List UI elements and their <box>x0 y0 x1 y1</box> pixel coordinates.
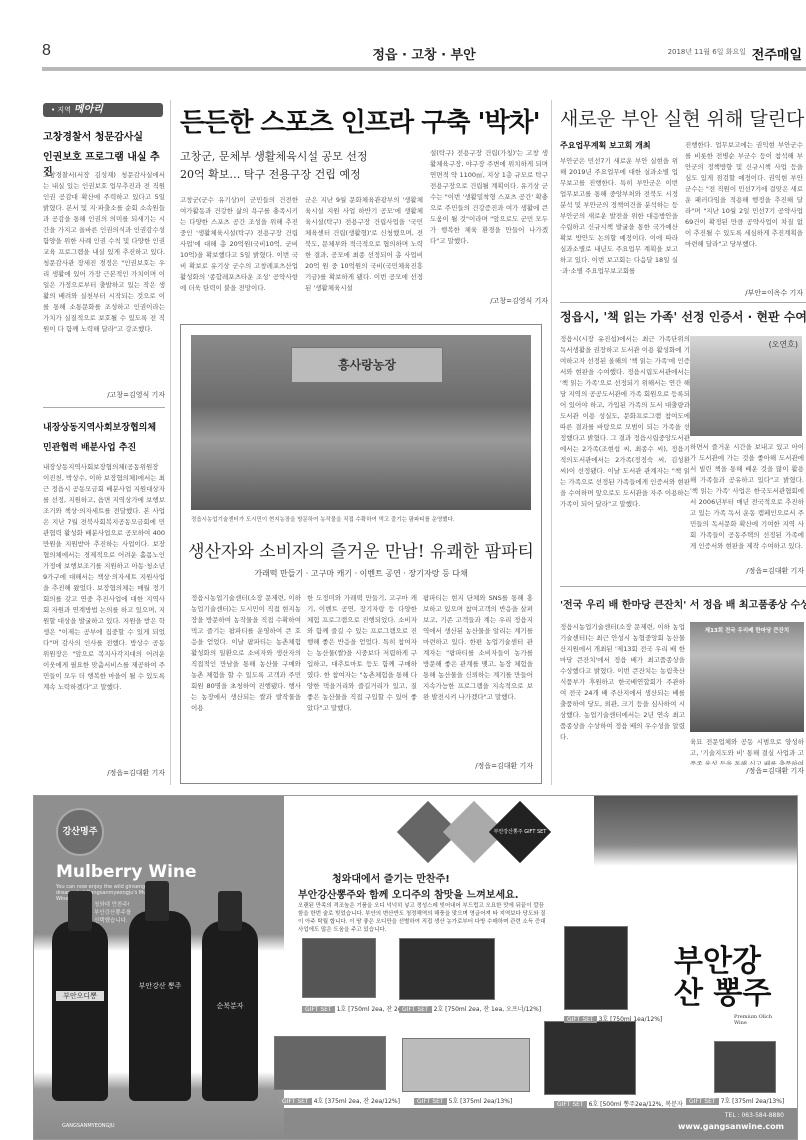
article-body: 내장상동지역사회보장협의체(공동위원장 이진천, 박상수, 이하 보장협의체)에… <box>43 462 165 762</box>
premium-text: Premium Olich Wine <box>734 1014 784 1026</box>
newspaper-name: 전주매일 <box>752 44 802 63</box>
article-body: 정읍시농업기술센터(소장 문제련, 이하 농업기술센터)는 최근 안성시 농협중… <box>560 622 685 782</box>
gift-set-4-image <box>274 1036 386 1090</box>
article-headline: 정읍시, '책 읽는 가족' 선정 인증서 · 현판 수여 <box>560 308 806 325</box>
divider <box>560 586 806 587</box>
region-echo-label: • 지역메아리 <box>43 103 163 117</box>
article-body: 정읍시농업기술센터(소장 문제련, 이하 농업기술센터)는 도시민이 직접 현지… <box>191 593 301 763</box>
column-divider <box>551 100 552 785</box>
feature-subhead: 가래떡 만들기 · 고구마 캐기 · 이벤트 공연 · 장기자랑 등 다채 <box>181 568 541 579</box>
main-subhead: 고창군, 문체부 생활체육시설 공모 선정 <box>180 148 380 164</box>
gift-set-3-image <box>564 926 628 1010</box>
gift-set-caption: GIFT SET5호 [375ml 2ea/13%] <box>414 1096 512 1105</box>
article-body: 설(탁구) 전용구장 건립(가칭)'는 고창 생활체육구장, 야구장 주변에 위… <box>430 148 548 293</box>
gift-set-caption: GIFT SET7호 [375ml 2ea/13%] <box>686 1096 784 1105</box>
bottle-odi: 부안오디뽕 <box>52 921 108 1101</box>
article-body: 부안군은 민선7기 새로운 부안 실현을 위해 2019년 주요업무에 대한 실… <box>560 156 678 286</box>
byline: /고창=김영식 기자 <box>43 390 165 400</box>
ad-left-panel: 강산명주 Mulberry Wine You can now enjoy the… <box>34 796 284 1140</box>
farm-party-photo: 흥사랑농장 <box>191 335 531 510</box>
ad-website: www.gangsanwine.com <box>634 1122 784 1131</box>
page-header: 8 정읍 · 고창 · 부안 2018년 11월 6일 화요일 전주매일 <box>42 42 806 66</box>
article-body: 팜파티는 현지 단체와 SNS를 통해 홍보하고 있으며 참여고객의 반응을 살… <box>423 593 533 753</box>
book-family-photo: (오연호) <box>690 336 802 436</box>
gift-set-6-image <box>544 1021 636 1095</box>
gift-set-badge: 부안강산뽕주 GIFT SET <box>486 828 554 835</box>
byline: /정읍=김대환 기자 <box>690 766 804 776</box>
bullet-icon: • <box>51 106 55 114</box>
main-headline: 든든한 스포츠 인프라 구축 '박차' <box>180 102 540 139</box>
column-divider <box>170 100 171 785</box>
mulberry-photo <box>594 796 798 866</box>
article-body: 고창경찰서(서장 김성재) 청문감사실에서는 내실 있는 인권보호 업무추진과 … <box>43 170 165 388</box>
photo-feature-box: 흥사랑농장 정읍시농업기술센터가 도시민이 현지농장을 방문하여 농작물을 직접… <box>180 324 542 784</box>
article-headline: 새로운 부안 실현 위해 달린다 <box>560 104 806 131</box>
article-body: 군은 지난 9월 문화체육관광부의 '생활체육시설 지원 사업 하반기 공모'에… <box>305 195 423 295</box>
feature-headline: 생산자와 소비자의 즐거운 만남! 유쾌한 팜파티 <box>181 537 541 562</box>
article-body: 정읍시(시장 유진섭)에서는 최근 가족단위의 독서생활을 권장하고 도서관 이… <box>560 334 690 582</box>
brand-logo: 강산명주 <box>56 808 104 856</box>
article-body: 진행한다. 업무보고에는 권익현 부안군수를 비롯한 전병순 부군수 등이 참석… <box>685 140 803 285</box>
gift-set-caption: GIFT SET3호 [750ml 1ea/12%] <box>564 1014 662 1023</box>
mulberry-wine-ad: 강산명주 Mulberry Wine You can now enjoy the… <box>33 795 798 1140</box>
ad-phone: TEL : 063-584-8880 <box>634 1112 784 1119</box>
byline: /고창=김영식 기자 <box>430 296 548 306</box>
ad-headline-2: 부안강산뽕주와 함께 오디주의 참맛을 느껴보세요. <box>298 886 519 901</box>
gift-set-1-image <box>302 938 376 998</box>
event-banner: 흥사랑농장 <box>291 347 443 383</box>
article-body: 고창군(군수 유기상)이 군민들의 건전한 여가활동과 건강한 삶의 욕구를 충… <box>180 195 298 295</box>
bottle-bokbunja: 순북분자 <box>202 921 258 1101</box>
header-rule <box>42 67 806 71</box>
gift-set-caption: GIFT SET2호 [750ml 2ea, 잔 1ea, 오프너/12%] <box>399 1004 541 1013</box>
gift-set-7-image <box>714 1041 776 1093</box>
byline: /정읍=김대환 기자 <box>690 566 804 576</box>
ad-description: 오랜된 만족의 격조높은 기품을 오디 넉넉히 넣고 정성스레 빚어내어 부드럽… <box>298 902 548 934</box>
issue-date: 2018년 11월 6일 화요일 <box>668 47 746 57</box>
article-title: 내장상동지역사회보장협의체 <box>43 420 165 433</box>
ad-headline-1: 청와대에서 즐기는 만찬주! <box>332 870 450 885</box>
photo-caption: 정읍시농업기술센터가 도시민이 현지농장을 방문하여 농작물을 직접 수확하여 … <box>191 515 531 523</box>
byline: /정읍=김대환 기자 <box>423 761 533 771</box>
divider <box>43 407 165 408</box>
article-body: 한 도정미와 가래떡 만들기, 고구마 캐기, 이벤트 공연, 장기자랑 등 다… <box>307 593 417 763</box>
gift-set-caption: GIFT SET4호 [375ml 2ea, 잔 2ea/12%] <box>279 1096 400 1105</box>
calligraphy-logo: 부안강산 뽕주 <box>674 946 784 1010</box>
award-text: 청와대 만찬주! 부안강산뽕주를 선택했습니다. <box>94 901 131 925</box>
gift-set-5-image <box>402 1038 530 1092</box>
gift-set-2-image <box>399 938 495 1000</box>
divider <box>560 302 806 303</box>
footer-brand: GANGSANMYEONGJU <box>62 1123 115 1129</box>
pear-award-photo: 제13회 전국 우리배 한마당 큰잔치 <box>690 622 804 732</box>
article-body: 육묘 전문업체와 공동 시범으로 양성하고, '기술지도와 비' 통해 결실 사… <box>690 737 804 765</box>
article-title: 고창경찰서 청문감사실 <box>43 128 165 143</box>
article-body: 하면서 즐거운 시간을 보내고 있고 아이가 도서관에 가는 것을 좋아해 도서… <box>690 442 804 554</box>
article-title: 민관협력 배분사업 추진 <box>43 440 165 453</box>
byline: /부안=이옥수 기자 <box>685 288 803 298</box>
byline: /정읍=김대환 기자 <box>43 768 165 778</box>
article-subhead: 주요업무계획 보고회 개최 <box>560 140 680 151</box>
article-headline: '전국 우리 배 한마당 큰잔치' 서 정읍 배 최고품종상 수상 <box>560 596 806 611</box>
main-subhead: 20억 확보… 탁구 전용구장 건립 예정 <box>180 166 380 182</box>
ad-title: Mulberry Wine <box>56 862 197 882</box>
bottle-ppongju: 부안강산 뽕주 <box>129 911 191 1101</box>
